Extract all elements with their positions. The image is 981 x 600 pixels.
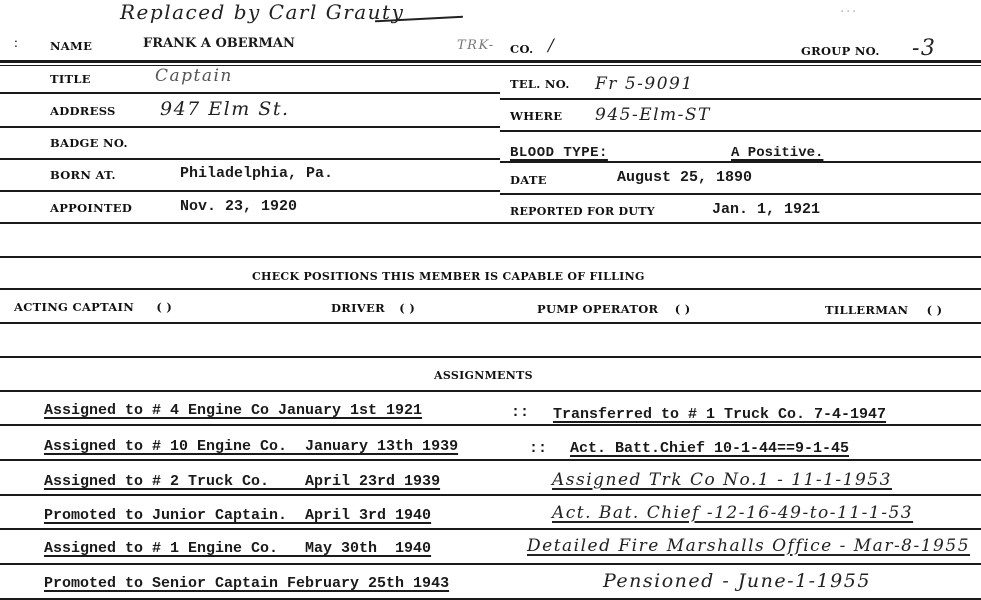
checkbox-pump-operator[interactable]: ( ): [675, 302, 691, 316]
position-driver[interactable]: DRIVER ( ): [331, 301, 415, 315]
divider: [0, 424, 981, 426]
tel-no-value[interactable]: Fr 5-9091: [595, 74, 694, 94]
assignment-row-1-sep: ::: [511, 404, 529, 421]
checkbox-acting-captain[interactable]: ( ): [156, 300, 172, 314]
tel-no-label: TEL. NO.: [510, 77, 570, 91]
co-prefix: TRK-: [457, 38, 495, 53]
date-value[interactable]: August 25, 1890: [617, 169, 752, 186]
divider: [0, 158, 500, 160]
divider: [500, 130, 981, 132]
born-at-label: BORN AT.: [50, 168, 116, 182]
divider: [0, 65, 981, 66]
title-value[interactable]: Captain: [155, 66, 233, 86]
checkbox-driver[interactable]: ( ): [399, 301, 415, 315]
assignment-row-5-right: Detailed Fire Marshalls Office - Mar-8-1…: [527, 536, 970, 556]
divider: [0, 563, 981, 565]
divider: [0, 190, 500, 192]
assignment-row-4-typed: Promoted to Junior Captain. April 3rd 19…: [44, 507, 431, 524]
divider: [0, 256, 981, 258]
blood-type-value[interactable]: A Positive.: [731, 145, 823, 161]
divider: [0, 528, 981, 530]
assignment-row-3-typed: Assigned to # 2 Truck Co. April 23rd 193…: [44, 473, 440, 490]
position-tillerman[interactable]: TILLERMAN ( ): [825, 303, 942, 317]
assignment-row-2-right: Act. Batt.Chief 10-1-44==9-1-45: [570, 440, 849, 457]
divider: [0, 322, 981, 324]
group-no-value[interactable]: -3: [912, 36, 936, 61]
title-label: TITLE: [50, 72, 91, 86]
divider: [0, 60, 981, 63]
name-label: NAME: [50, 39, 92, 53]
address-label: ADDRESS: [50, 104, 116, 118]
divider: [0, 459, 981, 461]
co-label: CO.: [510, 42, 533, 56]
assignment-row-1-typed: Assigned to # 4 Engine Co January 1st 19…: [44, 402, 422, 419]
position-pump-operator[interactable]: PUMP OPERATOR ( ): [537, 302, 690, 316]
assignment-row-5-typed: Assigned to # 1 Engine Co. May 30th 1940: [44, 540, 431, 557]
where-label: WHERE: [510, 109, 562, 123]
faint-mark: ...: [840, 0, 858, 16]
assignment-row-6-right: Pensioned - June-1-1955: [603, 570, 871, 592]
divider: [0, 598, 981, 600]
position-label: TILLERMAN: [825, 303, 908, 317]
appointed-label: APPOINTED: [50, 201, 132, 215]
date-label: DATE: [510, 173, 547, 187]
address-value[interactable]: 947 Elm St.: [160, 98, 290, 120]
badge-no-label: BADGE NO.: [50, 136, 128, 150]
reported-for-duty-label: REPORTED FOR DUTY: [510, 205, 655, 218]
position-acting-captain[interactable]: ACTING CAPTAIN ( ): [14, 300, 172, 314]
assignment-row-3-right: Assigned Trk Co No.1 - 11-1-1953: [552, 470, 892, 490]
born-at-value[interactable]: Philadelphia, Pa.: [180, 165, 333, 182]
assignment-row-2-typed: Assigned to # 10 Engine Co. January 13th…: [44, 438, 458, 455]
co-value[interactable]: /: [548, 36, 555, 56]
divider: [0, 92, 500, 94]
position-label: ACTING CAPTAIN: [14, 300, 134, 314]
assignment-row-4-right: Act. Bat. Chief -12-16-49-to-11-1-53: [552, 503, 913, 523]
name-value[interactable]: FRANK A OBERMAN: [143, 36, 295, 51]
position-label: DRIVER: [331, 301, 385, 315]
margin-mark: :: [14, 36, 18, 52]
checkbox-tillerman[interactable]: ( ): [927, 303, 943, 317]
positions-heading: CHECK POSITIONS THIS MEMBER IS CAPABLE O…: [252, 270, 645, 283]
divider: [0, 222, 981, 224]
divider: [0, 390, 981, 392]
assignment-row-1-right: Transferred to # 1 Truck Co. 7-4-1947: [553, 406, 886, 423]
divider: [500, 98, 981, 100]
divider: [0, 494, 981, 496]
position-label: PUMP OPERATOR: [537, 302, 658, 316]
divider: [500, 193, 981, 195]
assignments-heading: ASSIGNMENTS: [434, 369, 533, 382]
divider: [0, 126, 500, 128]
handwritten-note: Replaced by Carl Grauty: [120, 0, 404, 24]
divider: [0, 288, 981, 290]
assignment-row-6-typed: Promoted to Senior Captain February 25th…: [44, 575, 449, 592]
reported-for-duty-value[interactable]: Jan. 1, 1921: [712, 201, 820, 218]
assignment-row-2-sep: ::: [529, 440, 547, 457]
divider: [500, 161, 981, 163]
group-no-label: GROUP NO.: [801, 44, 880, 58]
where-value[interactable]: 945-Elm-ST: [595, 105, 711, 125]
blood-type-label: BLOOD TYPE:: [510, 145, 608, 161]
appointed-value[interactable]: Nov. 23, 1920: [180, 198, 297, 215]
divider: [0, 356, 981, 358]
